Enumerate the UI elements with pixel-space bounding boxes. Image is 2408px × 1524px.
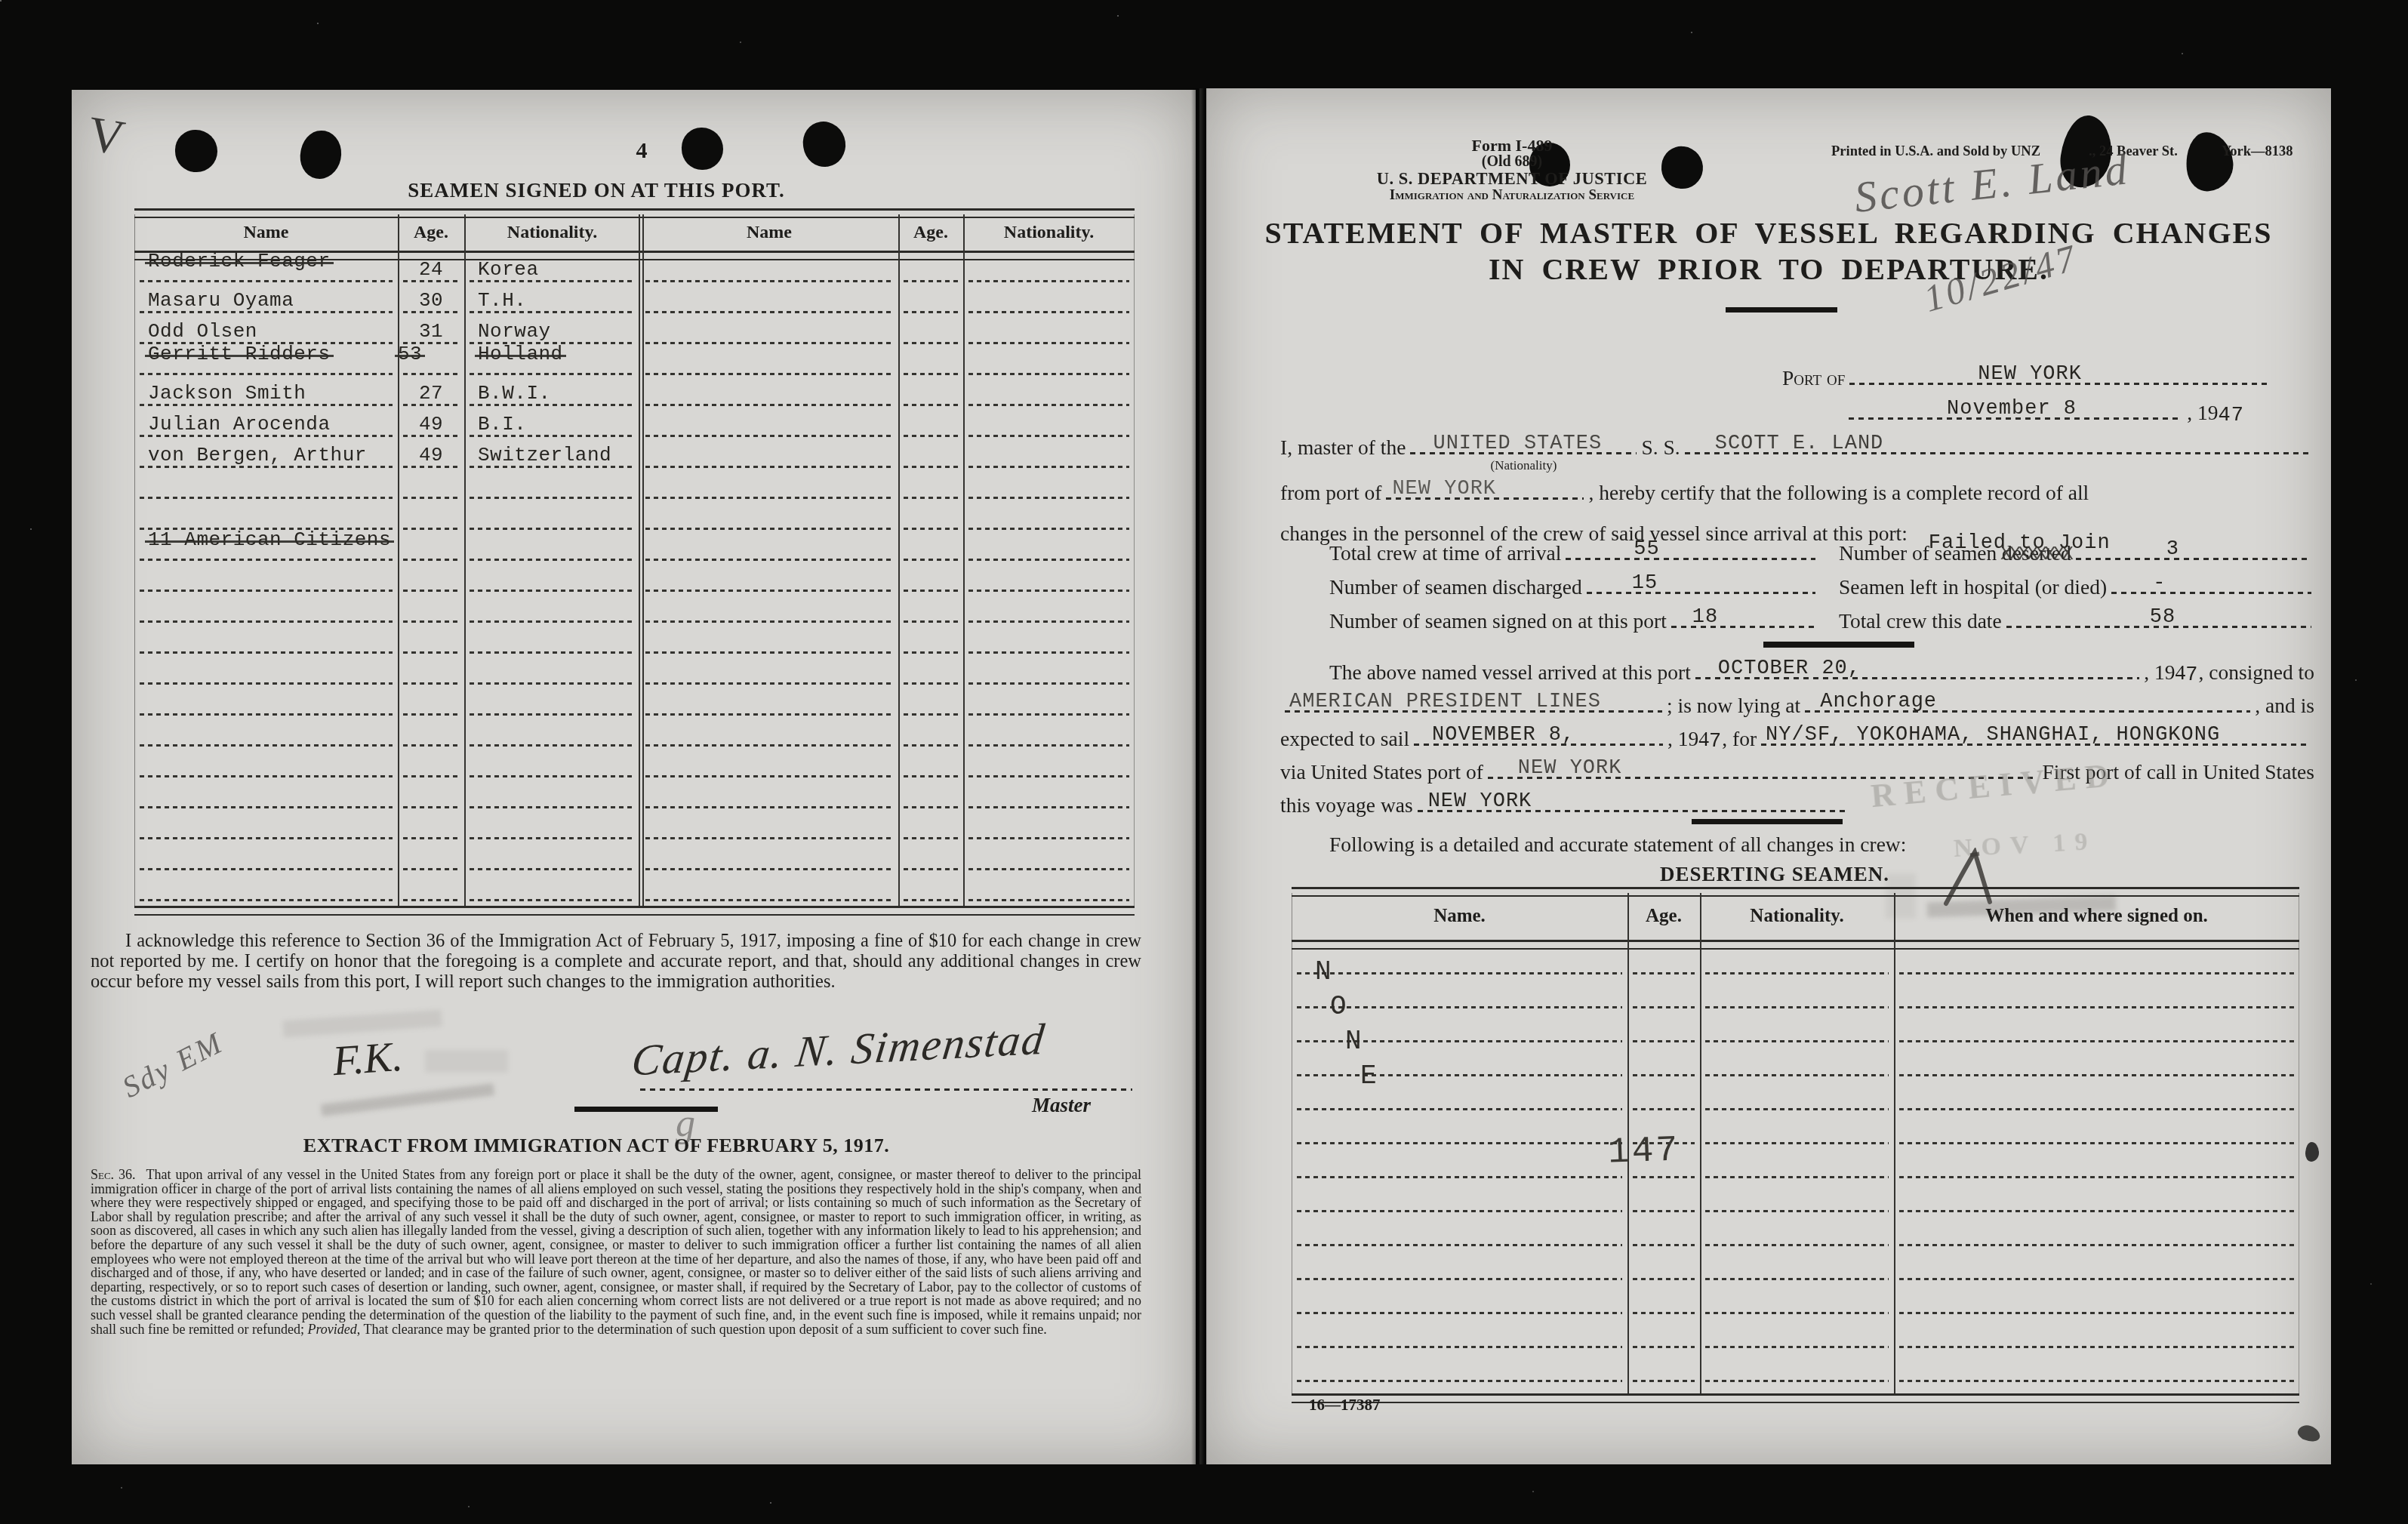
crew-age: 49 <box>398 444 464 466</box>
deserting-seamen-heading: DESERTING SEAMEN. <box>1292 863 2258 886</box>
arrival-year-digit: 7 <box>2185 664 2198 688</box>
for-label: , for <box>1722 727 1757 753</box>
table-row <box>1292 1353 2299 1387</box>
column-header: When and where signed on. <box>1894 906 2299 927</box>
pencil-smudge <box>321 1083 494 1116</box>
i-master-label: I, master of the <box>1280 436 1406 461</box>
hospital-row: Seamen left in hospital (or died) - <box>1839 575 2316 601</box>
vessel-name-value: SCOTT E. LAND <box>1715 433 1884 455</box>
deserted-word-struck: desertedXXXXXXXX <box>2002 541 2071 567</box>
seamen-deserted-value: 3 <box>2166 538 2179 561</box>
seamen-deserted-label: Number of seamen <box>1839 541 2002 567</box>
crew-name: Julian Arocenda <box>148 413 331 436</box>
crew-nationality: B.W.I. <box>478 382 551 405</box>
signed-on-row: Number of seamen signed on at this port … <box>1329 609 1820 635</box>
punch-hole <box>682 128 723 170</box>
form-number: Form I-489 <box>1335 137 1689 154</box>
crew-age: 30 <box>398 289 464 312</box>
sail-year-prefix: , 194 <box>1667 727 1709 753</box>
table-row <box>1292 946 2299 980</box>
ink-blot <box>2296 1422 2322 1444</box>
table-row <box>134 597 1135 628</box>
total-crew-date-row: Total crew this date 58 <box>1839 609 2316 635</box>
form-title-line2: IN CREW PRIOR TO DEPARTURE. <box>1229 251 2308 287</box>
from-port-value: NEW YORK <box>1392 478 1496 500</box>
table-row: von Bergen, Arthur 49 Switzerland <box>134 442 1135 473</box>
sail-date-field: NOVEMBER 8, <box>1414 744 1663 746</box>
crew-age: 53 <box>398 343 422 365</box>
arrival-date-field: OCTOBER 20, <box>1695 677 2139 679</box>
crew-name: von Bergen, Arthur <box>148 444 367 466</box>
lying-field: Anchorage <box>1805 710 2250 713</box>
ink-bar <box>1692 819 1843 824</box>
signed-on-value: 18 <box>1692 606 1718 629</box>
crew-nationality: Korea <box>478 258 539 281</box>
date-line: November 8 , 19 47 <box>1844 401 2244 426</box>
table-row <box>134 752 1135 783</box>
seamen-signed-on-table: Name Age. Nationality. Name Age. Nationa… <box>134 208 1135 912</box>
total-crew-date-field: 58 <box>2006 626 2311 628</box>
table-row <box>1292 1319 2299 1353</box>
erased-marks <box>282 1010 442 1038</box>
column-header: Name <box>640 223 898 243</box>
seamen-discharged-value: 15 <box>1632 572 1658 595</box>
title-underline <box>1726 307 1837 312</box>
right-page: Form I-489 (Old 689) U. S. DEPARTMENT OF… <box>1206 88 2331 1464</box>
sail-label: expected to sail <box>1280 727 1409 753</box>
inspector-initials: F.K. <box>331 1033 405 1085</box>
crew-name: Masaru Oyama <box>148 289 294 312</box>
year-label: , 19 <box>2187 401 2218 426</box>
nationality-value: UNITED STATES <box>1433 433 1602 455</box>
section-36-text: Sec. 36.That upon arrival of any vessel … <box>91 1168 1141 1336</box>
total-crew-arrival-row: Total crew at time of arrival 55 <box>1329 541 1820 567</box>
form-id-block: Form I-489 (Old 689) U. S. DEPARTMENT OF… <box>1335 137 1689 203</box>
destinations-value: NY/SF, YOKOHAMA, SHANGHAI, HONGKONG <box>1766 724 2220 747</box>
sail-date-value: NOVEMBER 8, <box>1432 724 1575 747</box>
lying-label: ; is now lying at <box>1667 694 1800 719</box>
form-old-number: (Old 689) <box>1335 154 1689 170</box>
table-row <box>134 690 1135 721</box>
nationality-field: UNITED STATES (Nationality) <box>1410 452 1637 454</box>
arrival-line-4: via United States port of NEW YORK First… <box>1280 760 2314 786</box>
total-crew-arrival-field: 55 <box>1566 558 1815 560</box>
deserting-seamen-table: Name. Age. Nationality. When and where s… <box>1292 887 2299 1399</box>
left-page: V 4 SEAMEN SIGNED ON AT THIS PORT. Name … <box>72 90 1196 1464</box>
none-letter: O <box>1330 991 1347 1022</box>
via-value: NEW YORK <box>1518 757 1622 780</box>
table-row <box>134 566 1135 597</box>
port-of-label: Port of <box>1782 366 1845 392</box>
from-port-line: from port of NEW YORK , hereby certify t… <box>1280 481 2314 506</box>
table-row <box>1292 1116 2299 1150</box>
seamen-discharged-field: 15 <box>1587 592 1815 594</box>
vessel-name-field: SCOTT E. LAND <box>1685 452 2310 454</box>
crew-age: 49 <box>398 413 464 436</box>
ss-label: S. S. <box>1641 436 1680 461</box>
crew-nationality: Norway <box>478 320 551 343</box>
none-letter: N <box>1345 1026 1362 1057</box>
extract-heading: EXTRACT FROM IMMIGRATION ACT OF FEBRUARY… <box>94 1135 1098 1157</box>
destinations-field: NY/SF, YOKOHAMA, SHANGHAI, HONGKONG <box>1761 744 2310 746</box>
table-row <box>1292 1150 2299 1184</box>
master-line: I, master of the UNITED STATES (National… <box>1280 436 2314 461</box>
consigned-label: , consigned to <box>2198 660 2314 686</box>
film-specks <box>0 0 2 2</box>
crew-age: 31 <box>398 320 464 343</box>
seamen-deserted-field: 3 <box>2076 558 2311 560</box>
date-field: November 8 <box>1849 417 2182 420</box>
from-port-label: from port of <box>1280 481 1381 506</box>
year-value: 47 <box>2219 405 2244 429</box>
punch-hole <box>296 127 346 183</box>
seamen-discharged-row: Number of seamen discharged 15 <box>1329 575 1820 601</box>
table-row <box>134 814 1135 845</box>
seamen-discharged-label: Number of seamen discharged <box>1329 575 1582 601</box>
pencil-smudge <box>425 1050 508 1073</box>
crew-nationality: Holland <box>478 343 563 365</box>
hospital-label: Seamen left in hospital (or died) <box>1839 575 2107 601</box>
seamen-deserted-row: Number of seamen desertedXXXXXXXX 3 <box>1839 541 2316 567</box>
table-row: Roderick Feager 24 Korea <box>134 257 1135 288</box>
voyage-value: NEW YORK <box>1428 790 1532 813</box>
arrival-line-3: expected to sail NOVEMBER 8, , 194 7 , f… <box>1280 727 2314 753</box>
port-of-line: Port of NEW YORK <box>1782 366 2274 392</box>
pencil-note: Sdy EM <box>116 1024 229 1105</box>
ink-bar <box>1763 642 1914 648</box>
consignee-field: AMERICAN PRESIDENT LINES <box>1285 710 1662 713</box>
page-fold-seam <box>1191 88 1208 1464</box>
table-row <box>134 659 1135 690</box>
date-value: November 8 <box>1947 398 2077 420</box>
form-title-line1: STATEMENT OF MASTER OF VESSEL REGARDING … <box>1229 215 2308 251</box>
none-letter: N <box>1315 956 1332 987</box>
signed-on-field: 18 <box>1671 626 1815 628</box>
voyage-field: NEW YORK <box>1418 810 1849 812</box>
total-crew-date-label: Total crew this date <box>1839 609 2002 635</box>
column-header: Age. <box>898 223 963 243</box>
punch-hole <box>800 119 848 169</box>
following-text: Following is a detailed and accurate sta… <box>1329 833 1906 857</box>
from-port-field: NEW YORK <box>1386 497 1584 500</box>
form-footer-number: 16—17387 <box>1309 1396 1381 1415</box>
punch-hole <box>175 130 217 172</box>
signed-on-label: Number of seamen signed on at this port <box>1329 609 1667 635</box>
lying-value: Anchorage <box>1820 691 1937 713</box>
column-header: Nationality. <box>963 223 1135 243</box>
department-name: U. S. DEPARTMENT OF JUSTICE <box>1335 170 1689 188</box>
service-name: Immigration and Naturalization Service <box>1335 188 1689 203</box>
ink-bar <box>574 1107 718 1112</box>
page-number: 4 <box>619 138 664 164</box>
arrival-line-5: this voyage was NEW YORK <box>1280 793 1854 819</box>
column-header: Nationality. <box>1700 906 1894 927</box>
column-header: Name. <box>1292 906 1627 927</box>
crew-name: Odd Olsen <box>148 320 257 343</box>
arrival-line-2: AMERICAN PRESIDENT LINES ; is now lying … <box>1280 694 2314 719</box>
american-citizens-note: 11 American Citizens <box>148 528 391 551</box>
table-row <box>1292 1048 2299 1082</box>
port-of-value: NEW YORK <box>1978 363 2082 386</box>
left-page-title: SEAMEN SIGNED ON AT THIS PORT. <box>94 179 1098 202</box>
acknowledgment-paragraph: I acknowledge this reference to Section … <box>91 931 1141 992</box>
arrived-label: The above named vessel arrived at this p… <box>1329 660 1691 686</box>
column-header: Age. <box>398 223 464 243</box>
consignee-value: AMERICAN PRESIDENT LINES <box>1289 691 1601 713</box>
crew-nationality: T.H. <box>478 289 526 312</box>
voyage-label: this voyage was <box>1280 793 1413 819</box>
via-label: via United States port of <box>1280 760 1483 786</box>
table-row <box>134 783 1135 814</box>
ink-blot <box>2183 130 2236 193</box>
total-crew-arrival-label: Total crew at time of arrival <box>1329 541 1561 567</box>
port-of-field: NEW YORK <box>1849 383 2270 385</box>
table-row: Jackson Smith 27 B.W.I. <box>134 380 1135 411</box>
table-row <box>1292 1252 2299 1285</box>
column-header: Age. <box>1627 906 1700 927</box>
table-row <box>134 628 1135 659</box>
table-row <box>1292 1184 2299 1218</box>
table-header-row: Name Age. Nationality. Name Age. Nationa… <box>134 214 1135 251</box>
table-row <box>1292 1218 2299 1252</box>
table-row: 11 American Citizens <box>134 535 1135 566</box>
table-row: Masaru Oyama 30 T.H. <box>134 288 1135 319</box>
arrival-date-value: OCTOBER 20, <box>1718 657 1861 680</box>
section-label: Sec. 36. <box>91 1167 136 1182</box>
hospital-value: - <box>2153 572 2166 595</box>
table-row <box>1292 1285 2299 1319</box>
and-is-label: , and is <box>2255 694 2314 719</box>
sail-year-digit: 7 <box>1709 731 1722 755</box>
table-row <box>1292 980 2299 1014</box>
column-header: Name <box>134 223 398 243</box>
table-row <box>134 845 1135 876</box>
crew-name: Roderick Feager <box>148 250 331 272</box>
table-header-row: Name. Age. Nationality. When and where s… <box>1292 893 2299 940</box>
crew-age: 27 <box>398 382 464 405</box>
master-label: Master <box>1032 1094 1091 1117</box>
master-signature: Capt. a. N. Simenstad <box>629 1013 1048 1085</box>
overtype-x: XXXXXXXX <box>2000 543 2071 565</box>
signature-line <box>640 1088 1132 1091</box>
crew-name: Gerritt Ridders <box>148 343 331 365</box>
pencil-checkmark: V <box>84 106 128 168</box>
crew-name: Jackson Smith <box>148 382 306 405</box>
total-crew-date-value: 58 <box>2150 606 2176 629</box>
table-row <box>1292 1082 2299 1116</box>
crew-nationality: Switzerland <box>478 444 611 466</box>
arrival-line-1: The above named vessel arrived at this p… <box>1329 660 2314 686</box>
table-row <box>1292 1014 2299 1048</box>
none-letter: E <box>1360 1061 1377 1091</box>
typed-age-number: 147 <box>1607 1130 1680 1173</box>
table-row <box>134 473 1135 504</box>
crew-nationality: B.I. <box>478 413 526 436</box>
crew-age: 24 <box>398 258 464 281</box>
total-crew-arrival-value: 55 <box>1634 538 1659 561</box>
table-row: Julian Arocenda 49 B.I. <box>134 411 1135 442</box>
table-row <box>134 721 1135 752</box>
ink-blot <box>2305 1142 2319 1162</box>
table-row <box>134 876 1135 907</box>
nationality-sublabel: (Nationality) <box>1410 458 1637 473</box>
table-row: Gerritt Ridders 53 Holland <box>134 349 1135 380</box>
column-header: Nationality. <box>464 223 640 243</box>
arrival-year-prefix: , 194 <box>2144 660 2185 686</box>
hospital-field: - <box>2111 592 2311 594</box>
certify-text: , hereby certify that the following is a… <box>1588 481 2089 506</box>
